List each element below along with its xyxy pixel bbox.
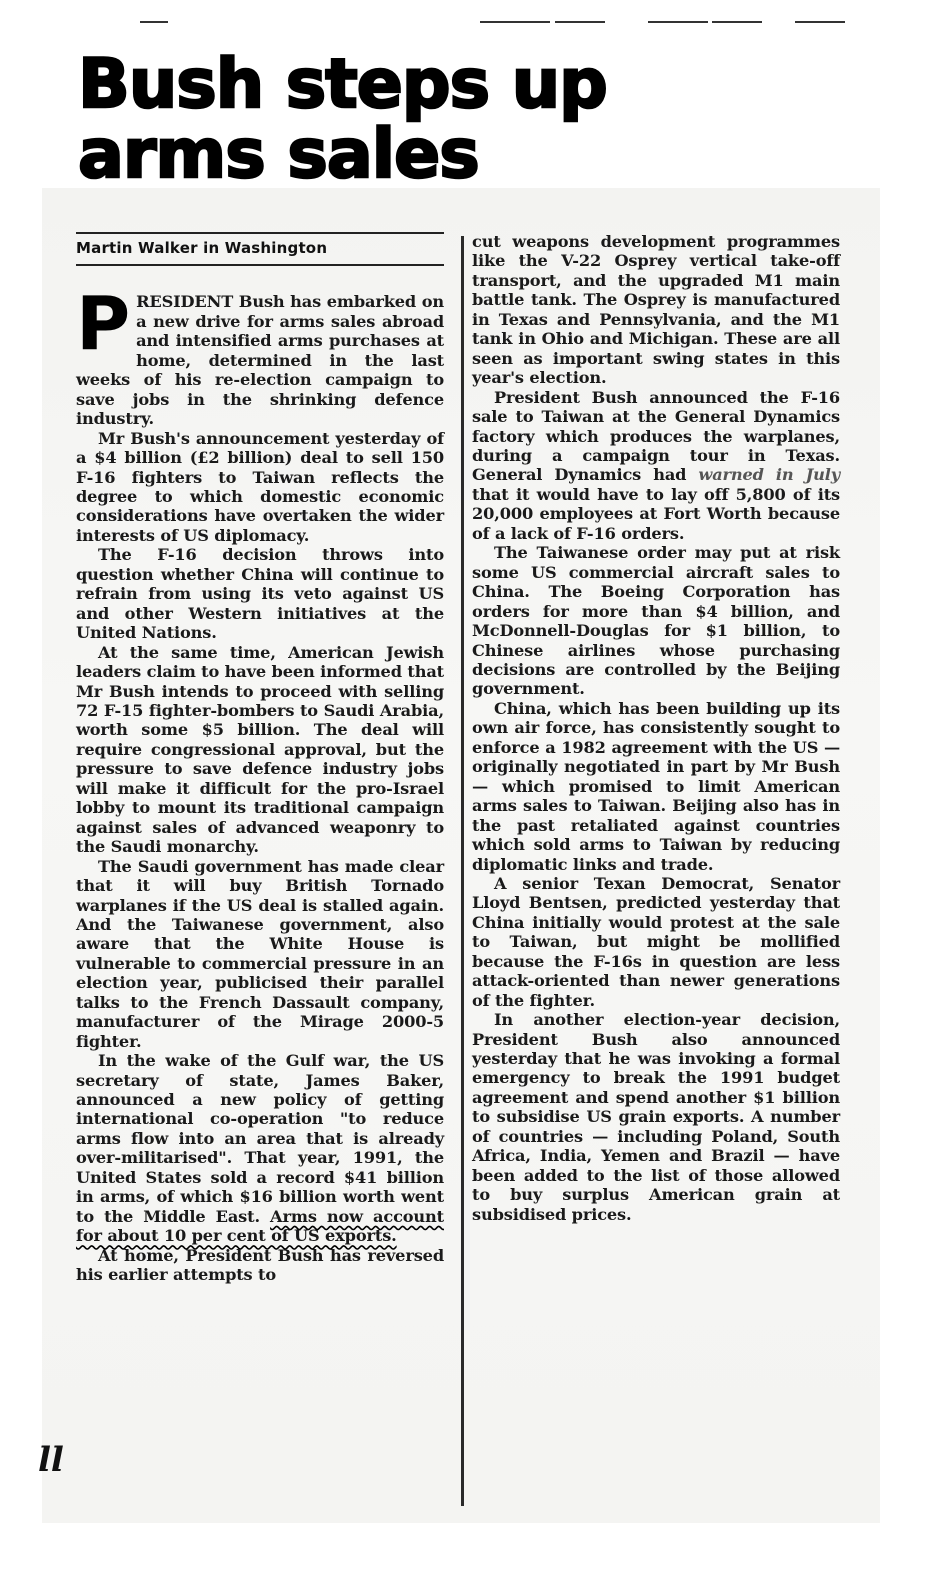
drop-cap: P bbox=[76, 294, 130, 354]
headline-line-2: arms sales bbox=[78, 120, 838, 190]
faded-text: warned in July bbox=[698, 465, 840, 484]
paragraph: The Taiwanese order may put at risk some… bbox=[472, 543, 840, 699]
paragraph: cut weapons development programmes like … bbox=[472, 232, 840, 388]
paragraph: In the wake of the Gulf war, the US secr… bbox=[76, 1051, 444, 1246]
right-column: cut weapons development programmes like … bbox=[472, 232, 840, 1224]
byline-box: Martin Walker in Washington bbox=[76, 232, 444, 266]
handwritten-margin-mark: ll bbox=[38, 1440, 64, 1480]
paragraph: At home, President Bush has reversed his… bbox=[76, 1246, 444, 1285]
paragraph: A senior Texan Democrat, Senator Lloyd B… bbox=[472, 874, 840, 1010]
paragraph: The F-16 decision throws into question w… bbox=[76, 545, 444, 642]
paragraph: In another election-year decision, Presi… bbox=[472, 1010, 840, 1224]
paragraph: Mr Bush's announcement yesterday of a $4… bbox=[76, 429, 444, 546]
paragraph: China, which has been building up its ow… bbox=[472, 699, 840, 874]
paragraph: At the same time, American Jewish leader… bbox=[76, 643, 444, 857]
column-divider bbox=[461, 236, 464, 1506]
page-edge-marks bbox=[0, 18, 934, 26]
paragraph-lede: PRESIDENT Bush has embarked on a new dri… bbox=[76, 292, 444, 428]
left-column: Martin Walker in Washington PRESIDENT Bu… bbox=[76, 232, 444, 1285]
headline: Bush steps up arms sales bbox=[78, 50, 838, 190]
headline-line-1: Bush steps up bbox=[78, 50, 838, 120]
byline: Martin Walker in Washington bbox=[76, 239, 444, 258]
paragraph: President Bush announced the F-16 sale t… bbox=[472, 388, 840, 544]
paragraph: The Saudi government has made clear that… bbox=[76, 857, 444, 1052]
